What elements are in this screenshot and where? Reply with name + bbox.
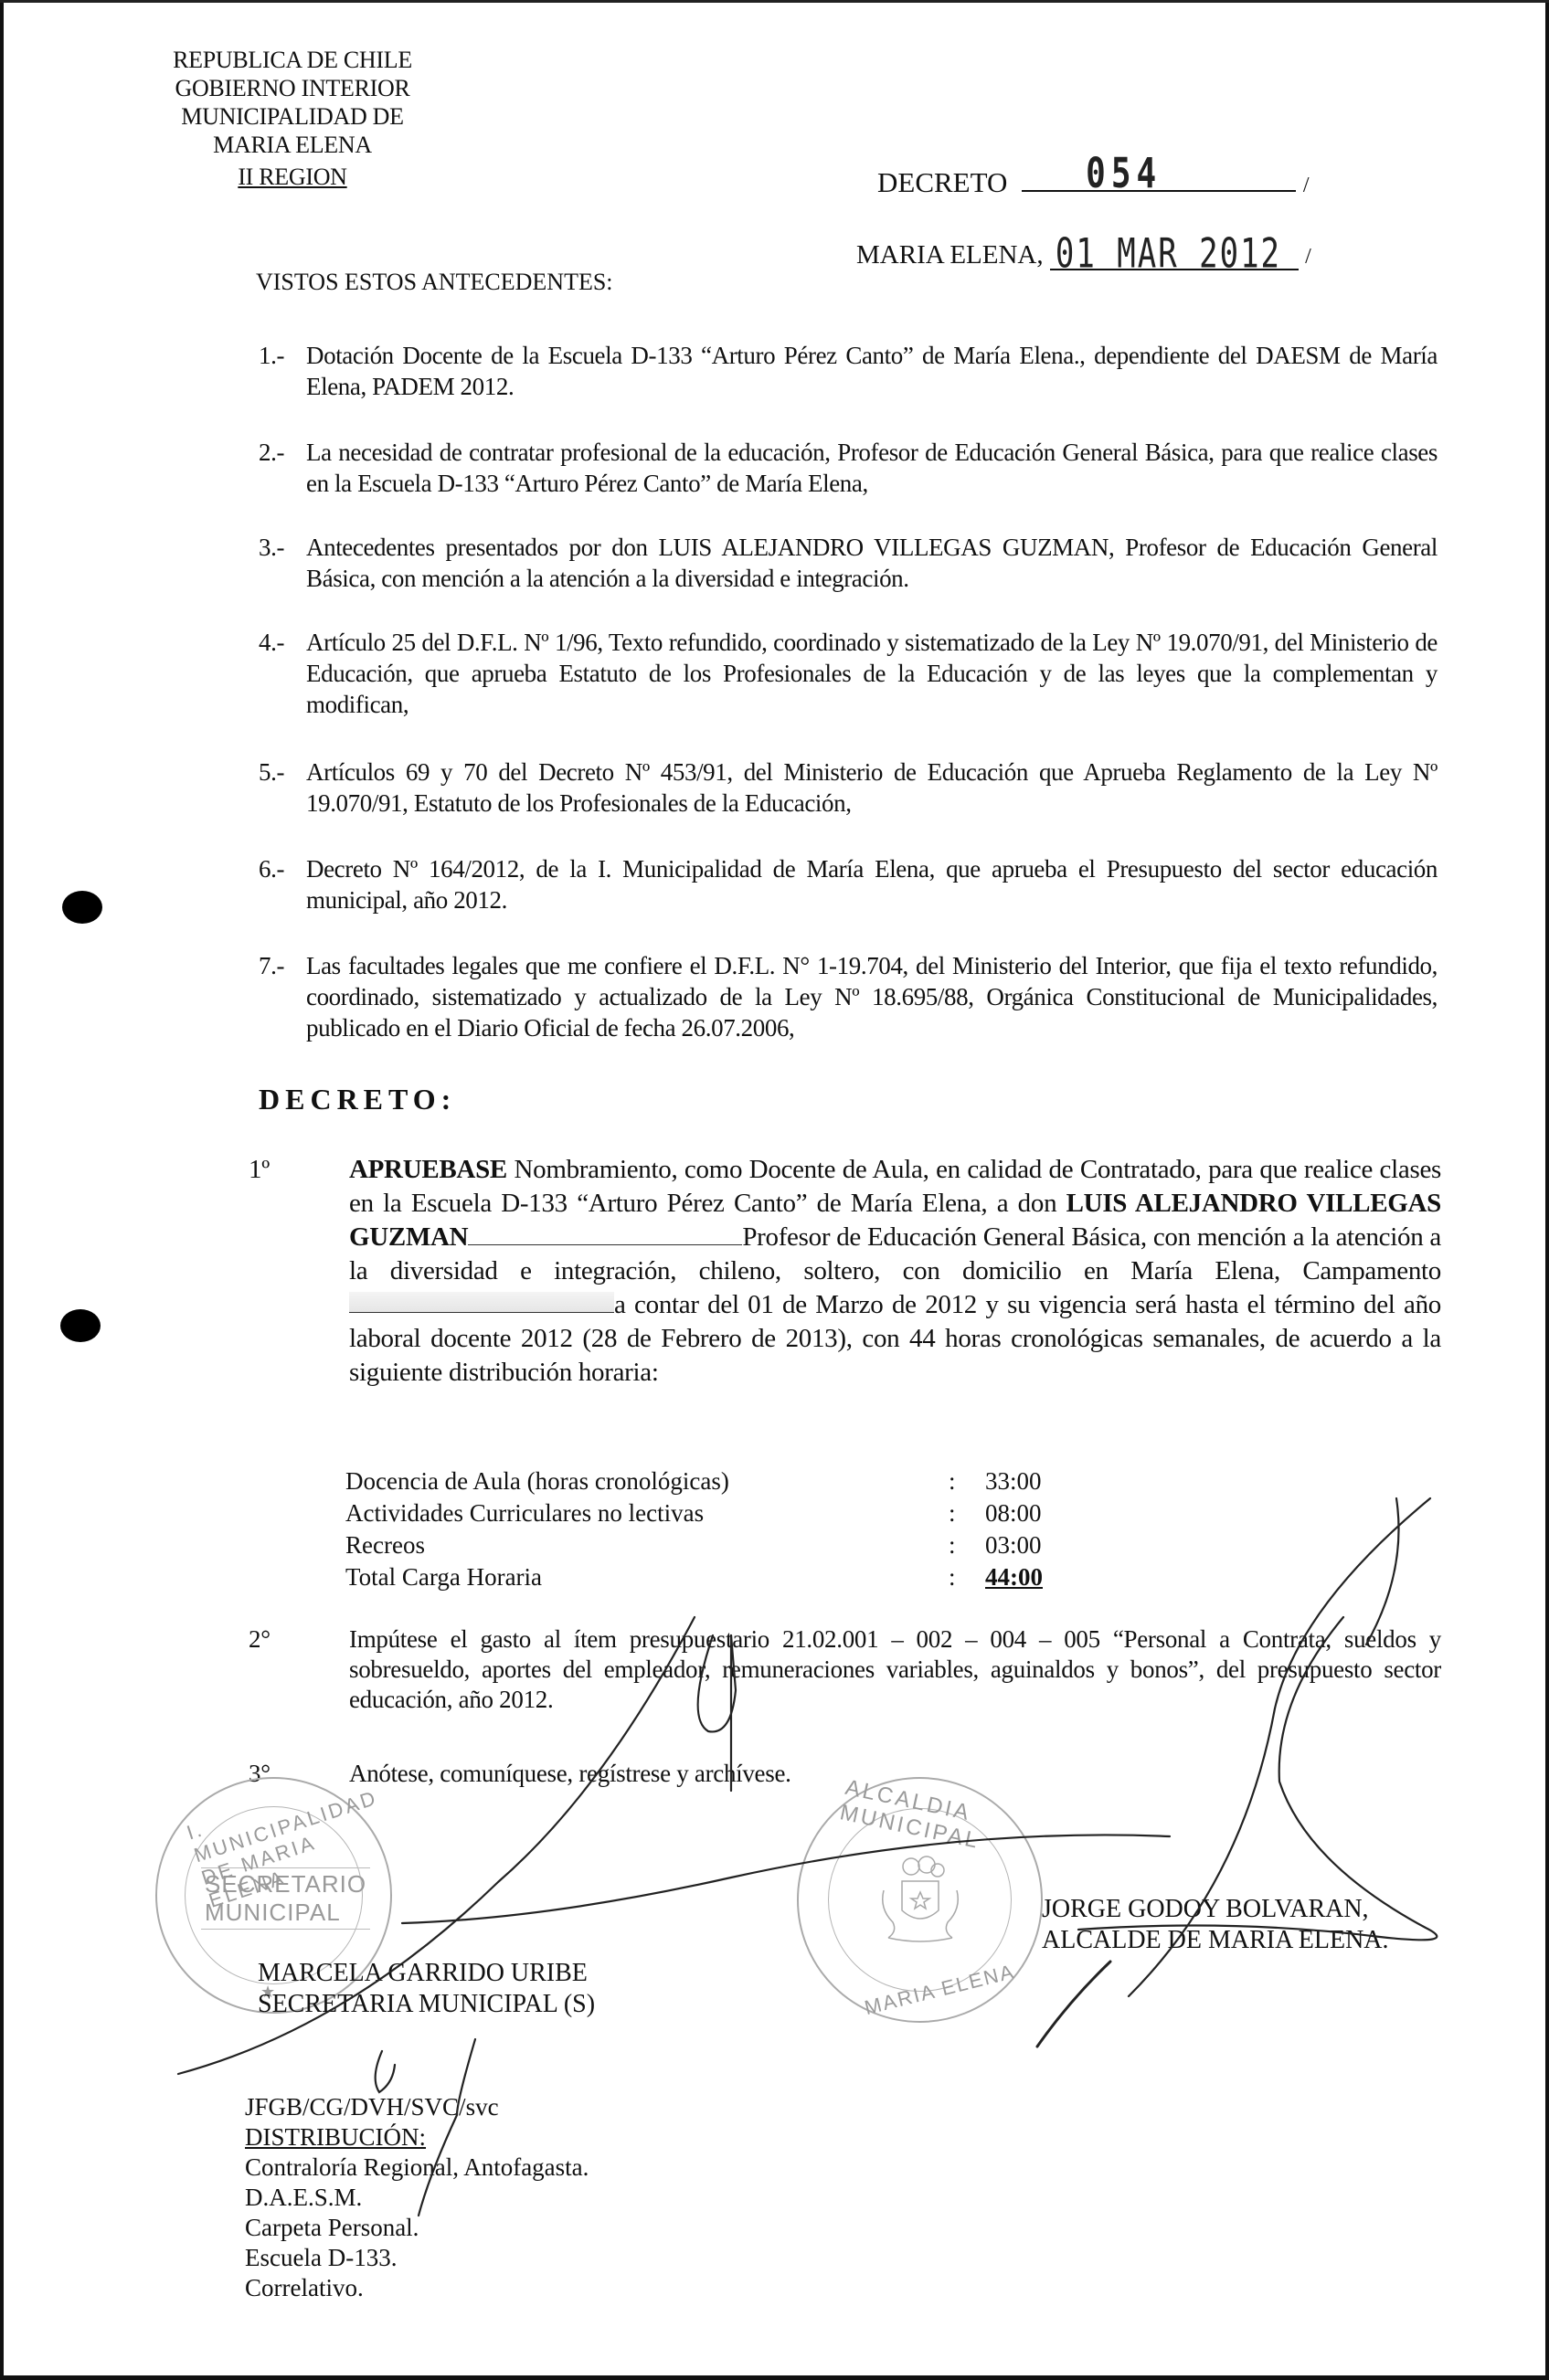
letterhead: REPUBLICA DE CHILE GOBIERNO INTERIOR MUN… — [155, 46, 430, 191]
decreto-number-stamp: 054 — [1086, 151, 1162, 197]
blank-line — [468, 1224, 742, 1245]
schedule-colon: : — [949, 1561, 956, 1593]
decreto-label: DECRETO — [877, 166, 1007, 198]
distribution-item: Carpeta Personal. — [245, 2213, 589, 2243]
slash-mark: / — [1303, 174, 1310, 197]
schedule-colon: : — [949, 1497, 956, 1529]
date-stamp: 01 MAR 2012 — [1056, 230, 1281, 278]
antecedente-number: 7.- — [259, 950, 284, 981]
antecedente-text: Decreto Nº 164/2012, de la I. Municipali… — [306, 853, 1438, 915]
antecedente-text: Las facultades legales que me confiere e… — [306, 950, 1438, 1043]
antecedente-number: 5.- — [259, 756, 284, 788]
antecedente-number: 6.- — [259, 853, 284, 884]
scan-edge-right — [1545, 0, 1549, 2380]
schedule-label: Docencia de Aula (horas cronológicas) — [345, 1465, 729, 1497]
punch-hole-icon — [62, 891, 102, 924]
schedule-total-value: 44:00 — [985, 1561, 1043, 1593]
articulo-3: 3° Anótese, comuníquese, regístrese y ar… — [249, 1759, 1441, 1789]
schedule-label: Total Carga Horaria — [345, 1561, 542, 1593]
antecedente-item: 4.- Artículo 25 del D.F.L. Nº 1/96, Text… — [259, 627, 1438, 720]
letterhead-line: MARIA ELENA — [155, 131, 430, 159]
scan-edge-left — [0, 0, 4, 2380]
decreto-number-field: 054 — [1022, 164, 1296, 192]
letterhead-region: II REGION — [238, 163, 346, 191]
punch-hole-icon — [60, 1309, 101, 1342]
letterhead-line: GOBIERNO INTERIOR — [155, 74, 430, 102]
articulo-ordinal: 2° — [249, 1624, 271, 1655]
antecedente-number: 4.- — [259, 627, 284, 658]
slash-mark: / — [1305, 245, 1311, 269]
antecedente-text: Dotación Docente de la Escuela D-133 “Ar… — [306, 340, 1438, 402]
vistos-heading: VISTOS ESTOS ANTECEDENTES: — [256, 269, 613, 296]
antecedente-item: 1.- Dotación Docente de la Escuela D-133… — [259, 340, 1438, 402]
articulo-text: Impútese el gasto al ítem presupuestario… — [349, 1624, 1441, 1715]
date-field: 01 MAR 2012 — [1050, 241, 1299, 270]
scan-edge-bottom — [0, 2375, 1549, 2380]
antecedente-item: 7.- Las facultades legales que me confie… — [259, 950, 1438, 1043]
articulo-text: APRUEBASE Nombramiento, como Docente de … — [349, 1153, 1441, 1390]
date-line: MARIA ELENA, 01 MAR 2012 / — [856, 240, 1311, 270]
schedule-value: 03:00 — [985, 1529, 1042, 1561]
antecedente-item: 2.- La necesidad de contratar profesiona… — [259, 437, 1438, 499]
distribution-item: Escuela D-133. — [245, 2243, 589, 2273]
decreto-heading: DECRETO: — [259, 1083, 456, 1116]
schedule-value: 33:00 — [985, 1465, 1042, 1497]
antecedente-text: Artículos 69 y 70 del Decreto Nº 453/91,… — [306, 756, 1438, 819]
signer-name: JORGE GODOY BOLVARAN, — [1042, 1894, 1389, 1925]
antecedente-text: Antecedentes presentados por don LUIS AL… — [306, 532, 1438, 594]
articulo-1: 1º APRUEBASE Nombramiento, como Docente … — [249, 1153, 1441, 1390]
distribution-title: DISTRIBUCIÓN: — [245, 2122, 589, 2153]
articulo-2: 2° Impútese el gasto al ítem presupuesta… — [249, 1624, 1441, 1715]
antecedente-item: 5.- Artículos 69 y 70 del Decreto Nº 453… — [259, 756, 1438, 819]
antecedente-number: 2.- — [259, 437, 284, 468]
coat-of-arms-icon — [870, 1854, 971, 1945]
distribution-item: Correlativo. — [245, 2273, 589, 2303]
reference-initials: JFGB/CG/DVH/SVC/svc — [245, 2092, 589, 2122]
antecedente-text: Artículo 25 del D.F.L. Nº 1/96, Texto re… — [306, 627, 1438, 720]
signer-title: ALCALDE DE MARIA ELENA. — [1042, 1925, 1389, 1956]
antecedente-text: La necesidad de contratar profesional de… — [306, 437, 1438, 499]
antecedente-number: 3.- — [259, 532, 284, 563]
antecedente-item: 3.- Antecedentes presentados por don LUI… — [259, 532, 1438, 594]
place-label: MARIA ELENA, — [856, 240, 1044, 270]
decreto-number-line: DECRETO 054 / — [877, 164, 1310, 199]
scan-edge-top — [0, 0, 1549, 3]
distribution-item: D.A.E.S.M. — [245, 2183, 589, 2213]
secretaria-signature-block: MARCELA GARRIDO URIBE SECRETARIA MUNICIP… — [258, 1958, 595, 2020]
signer-title: SECRETARIA MUNICIPAL (S) — [258, 1989, 595, 2020]
letterhead-line: MUNICIPALIDAD DE — [155, 102, 430, 131]
redacted-address — [349, 1292, 614, 1313]
distribution-item: Contraloría Regional, Antofagasta. — [245, 2153, 589, 2183]
schedule-colon: : — [949, 1529, 956, 1561]
letterhead-line: REPUBLICA DE CHILE — [155, 46, 430, 74]
signer-name: MARCELA GARRIDO URIBE — [258, 1958, 595, 1989]
apruebase-keyword: APRUEBASE — [349, 1155, 507, 1184]
schedule-label: Recreos — [345, 1529, 425, 1561]
alcaldia-seal: ALCALDIA MUNICIPAL MARIA ELENA — [797, 1777, 1043, 2023]
distribution-block: JFGB/CG/DVH/SVC/svc DISTRIBUCIÓN: Contra… — [245, 2092, 589, 2303]
schedule-colon: : — [949, 1465, 956, 1497]
antecedente-item: 6.- Decreto Nº 164/2012, de la I. Munici… — [259, 853, 1438, 915]
schedule-value: 08:00 — [985, 1497, 1042, 1529]
alcalde-signature-block: JORGE GODOY BOLVARAN, ALCALDE DE MARIA E… — [1042, 1894, 1389, 1956]
schedule-label: Actividades Curriculares no lectivas — [345, 1497, 704, 1529]
articulo-ordinal: 1º — [249, 1153, 270, 1187]
antecedente-number: 1.- — [259, 340, 284, 371]
